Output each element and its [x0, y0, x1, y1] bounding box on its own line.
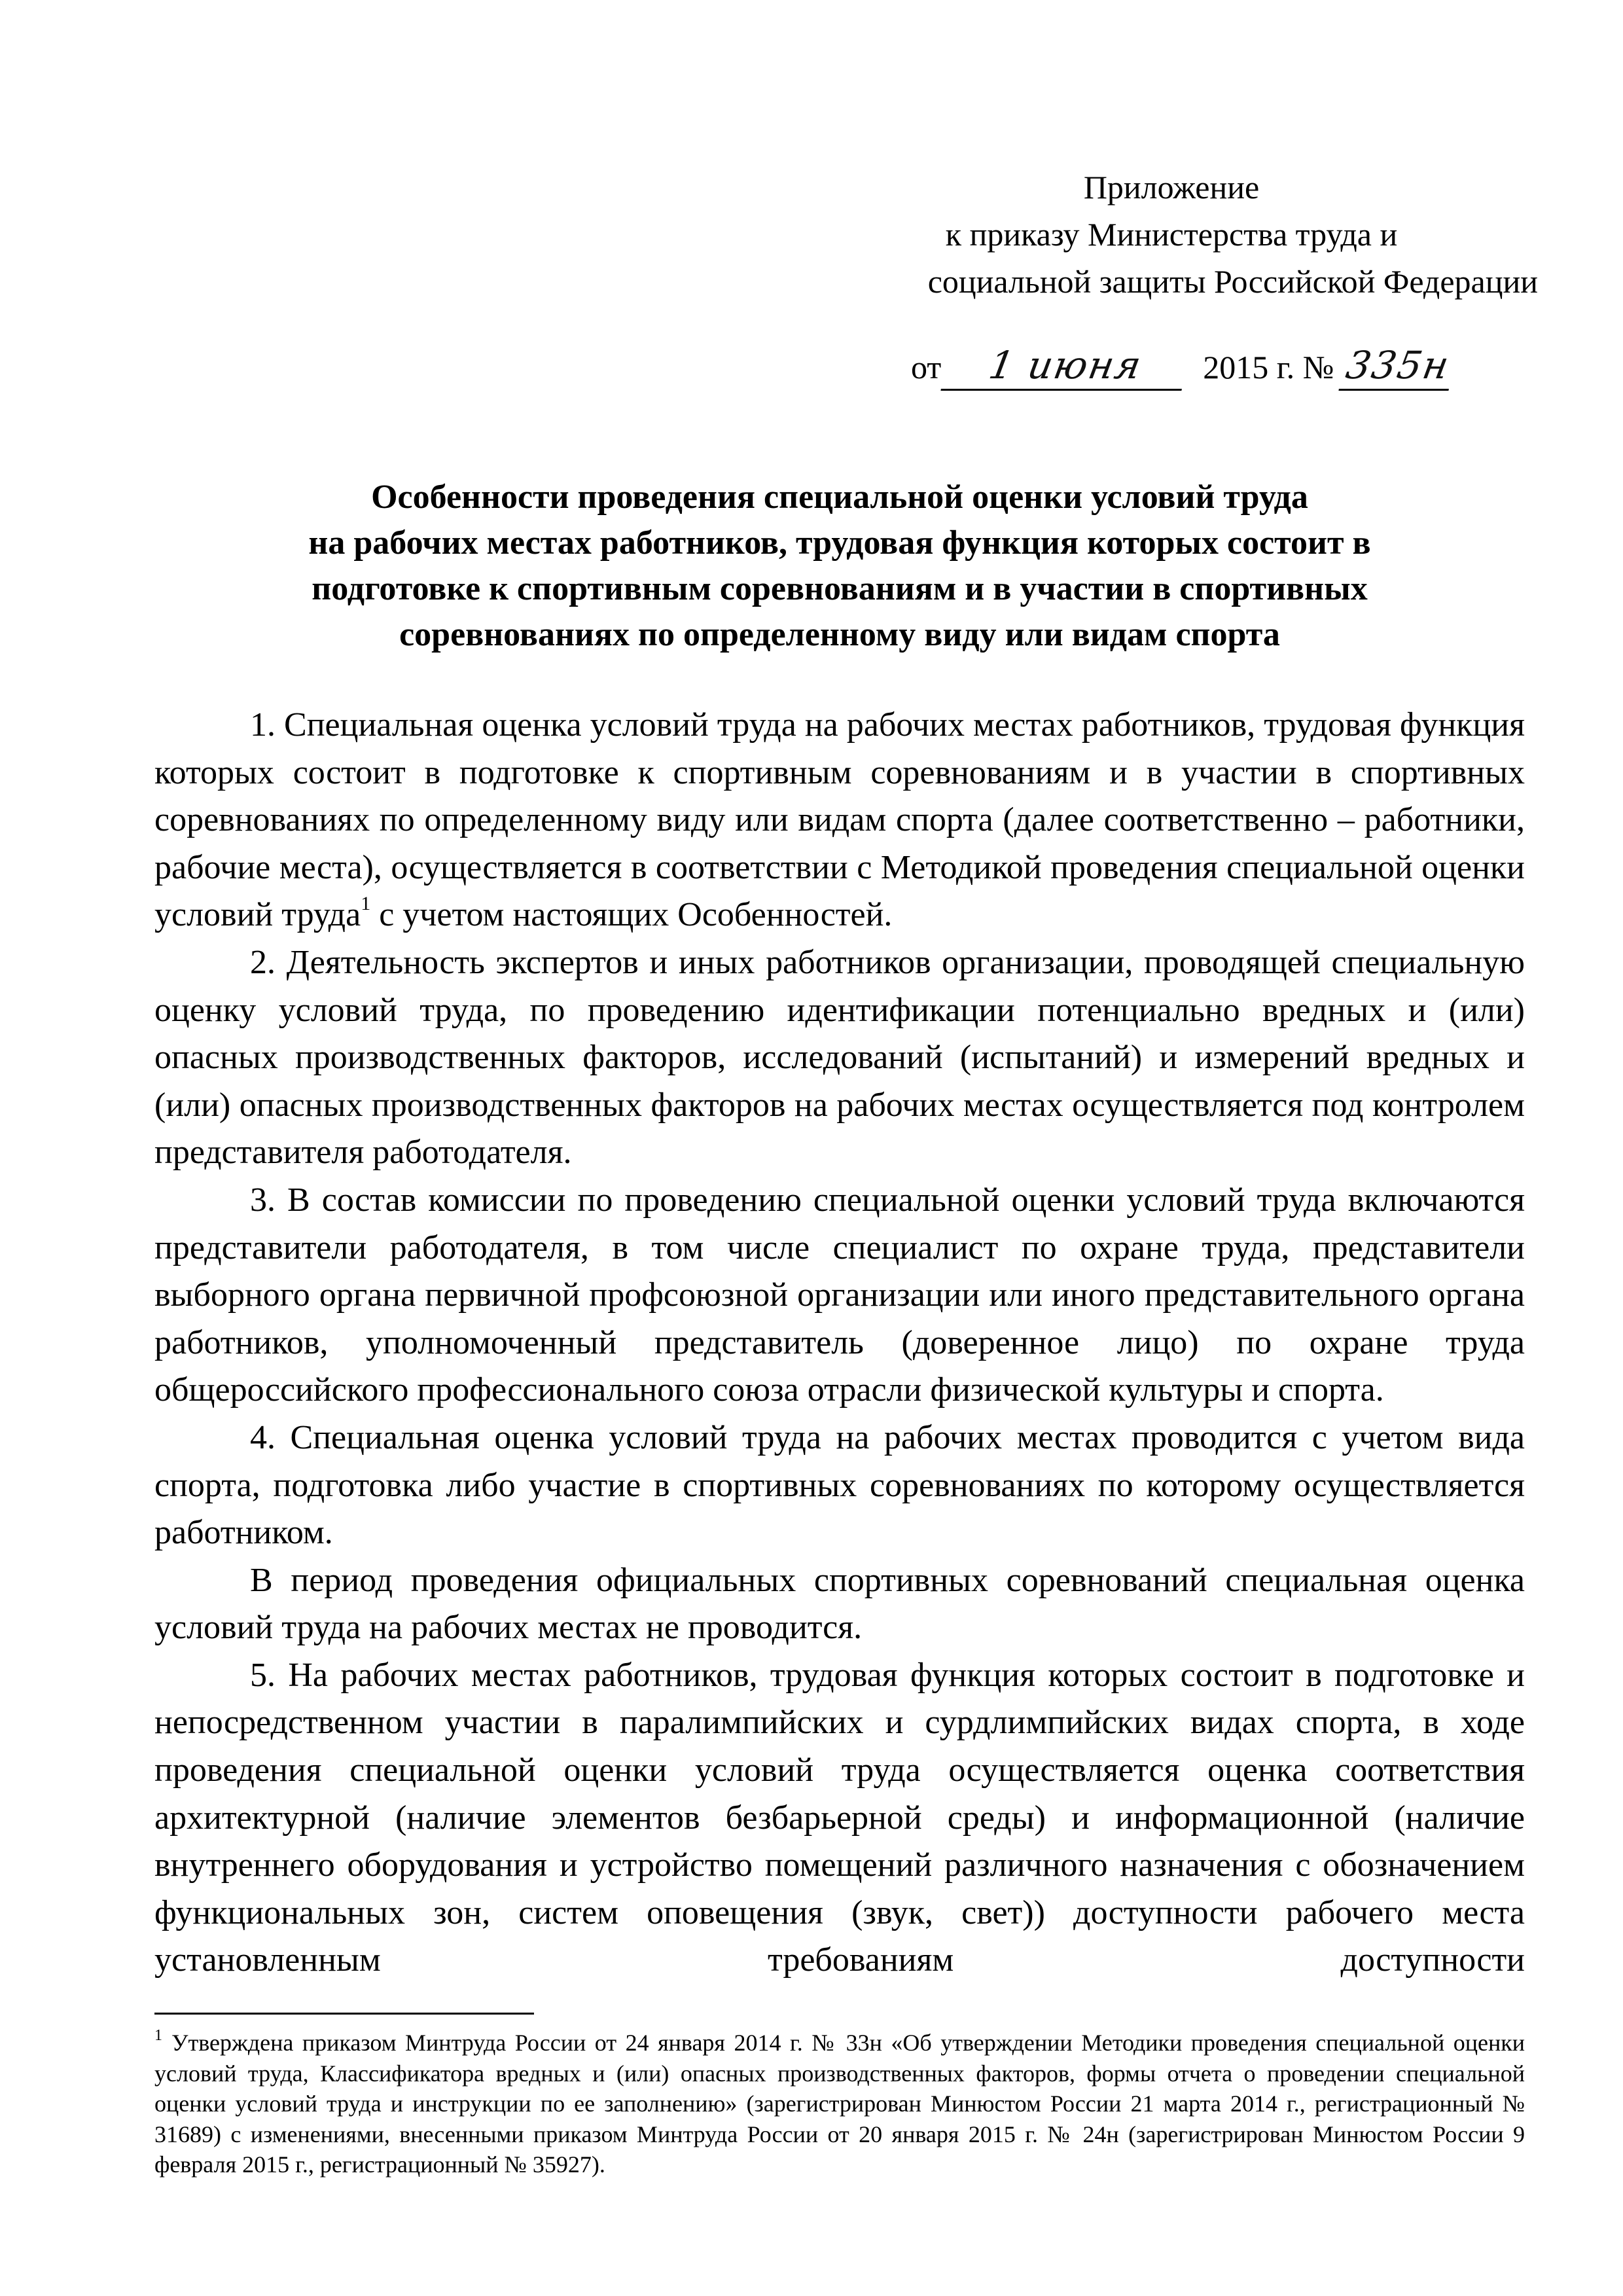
paragraph-number: 2.: [250, 944, 276, 981]
paragraph-4: 4. Специальная оценка условий труда на р…: [154, 1414, 1525, 1557]
order-date-prefix: от: [911, 349, 941, 386]
document-body: 1. Специальная оценка условий труда на р…: [154, 702, 1525, 1984]
footnote-mark: 1: [154, 2027, 162, 2044]
paragraph-text: Специальная оценка условий труда на рабо…: [154, 1419, 1525, 1551]
paragraph-1: 1. Специальная оценка условий труда на р…: [154, 702, 1525, 939]
appendix-label: Приложение: [805, 164, 1538, 211]
order-year-label: 2015 г. №: [1203, 349, 1334, 386]
paragraph-text: На рабочих местах работников, трудовая ф…: [154, 1657, 1525, 1979]
title-line: подготовке к спортивным соревнованиям и …: [154, 566, 1525, 612]
appendix-order-reference: к приказу Министерства труда и: [805, 211, 1538, 258]
paragraph-text: В состав комиссии по проведению специаль…: [154, 1181, 1525, 1408]
paragraph-text-continued: с учетом настоящих Особенностей.: [370, 896, 892, 933]
paragraph-number: 4.: [250, 1419, 276, 1456]
paragraph-3: 3. В состав комиссии по проведению специ…: [154, 1177, 1525, 1414]
handwritten-order-number: 335н: [1339, 342, 1457, 391]
paragraph-number: 1.: [250, 706, 276, 744]
footnote-1: 1Утверждена приказом Минтруда России от …: [154, 2028, 1525, 2180]
paragraph-2: 2. Деятельность экспертов и иных работни…: [154, 939, 1525, 1177]
paragraph-text: В период проведения официальных спортивн…: [154, 1562, 1525, 1647]
paragraph-number: 3.: [250, 1181, 276, 1219]
title-line: на рабочих местах работников, трудовая ф…: [154, 520, 1525, 566]
title-line: соревнованиях по определенному виду или …: [154, 612, 1525, 658]
footnote-separator: [154, 2013, 534, 2015]
footnote-text: Утверждена приказом Минтруда России от 2…: [154, 2030, 1525, 2178]
document-title: Особенности проведения специальной оценк…: [154, 475, 1525, 658]
paragraph-number: 5.: [250, 1657, 276, 1694]
appendix-header: Приложение к приказу Министерства труда …: [805, 164, 1538, 305]
paragraph-4-continued: В период проведения официальных спортивн…: [154, 1557, 1525, 1652]
order-date-number: от1 июня2015 г. №335н: [911, 342, 1453, 391]
footnote-reference[interactable]: 1: [361, 893, 370, 914]
document-page: Приложение к приказу Министерства труда …: [0, 0, 1623, 2296]
paragraph-5: 5. На рабочих местах работников, трудова…: [154, 1652, 1525, 1984]
handwritten-order-date: 1 июня: [941, 342, 1190, 391]
title-line: Особенности проведения специальной оценк…: [154, 475, 1525, 520]
paragraph-text: Деятельность экспертов и иных работников…: [154, 944, 1525, 1171]
appendix-ministry-name: социальной защиты Российской Федерации: [805, 258, 1538, 305]
